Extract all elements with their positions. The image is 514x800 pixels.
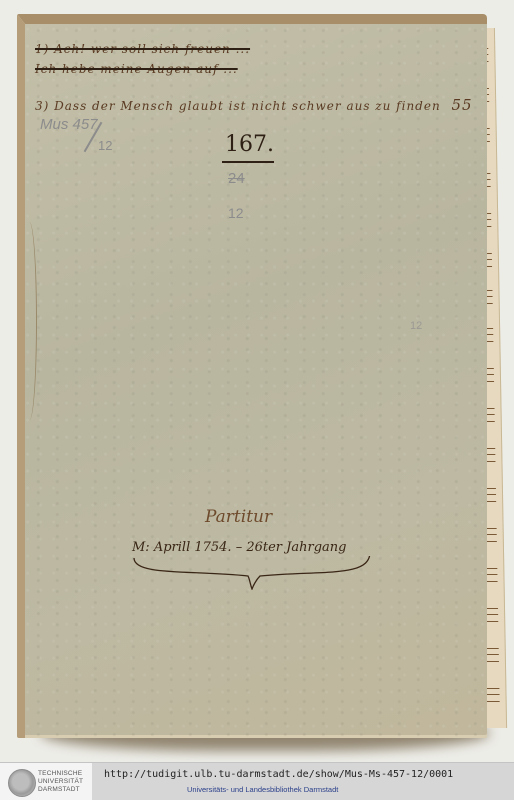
pencil-number: 12 — [228, 205, 244, 221]
header-line-3-text: 3) Dass der Mensch glaubt ist nicht schw… — [35, 99, 441, 113]
side-pencil-number: 12 — [410, 320, 422, 332]
university-logo[interactable]: TECHNISCHE UNIVERSITÄT DARMSTADT — [0, 763, 92, 800]
university-seal-icon — [8, 769, 36, 797]
catalog-number: 167. — [225, 132, 274, 157]
header-line-3: 3) Dass der Mensch glaubt ist nicht schw… — [35, 96, 473, 114]
date-line: M: Aprill 1754. – 26ter Jahrgang — [132, 540, 346, 555]
university-name: TECHNISCHE UNIVERSITÄT DARMSTADT — [38, 770, 83, 794]
shelfmark-pencil: Mus 457 — [40, 116, 98, 133]
brace-flourish-icon — [132, 556, 372, 590]
shelfmark-sub: 12 — [98, 138, 112, 153]
old-number-struck: 24 — [228, 170, 245, 187]
library-link[interactable]: Universitäts- und Landesbibliothek Darms… — [187, 785, 338, 794]
viewer-footer: TECHNISCHE UNIVERSITÄT DARMSTADT http://… — [0, 762, 514, 800]
manuscript-scan: 1) Ach! wer soll sich freuen ... Ich heb… — [0, 0, 514, 762]
permalink-url[interactable]: http://tudigit.ulb.tu-darmstadt.de/show/… — [104, 769, 453, 780]
catalog-underline — [222, 161, 274, 163]
header-line-3-number: 55 — [452, 96, 473, 114]
header-line-1: 1) Ach! wer soll sich freuen ... — [35, 42, 250, 56]
header-line-2: Ich hebe meine Augen auf ... — [35, 62, 238, 76]
title-partitur: Partitur — [205, 507, 272, 527]
paper-crease — [22, 222, 37, 420]
